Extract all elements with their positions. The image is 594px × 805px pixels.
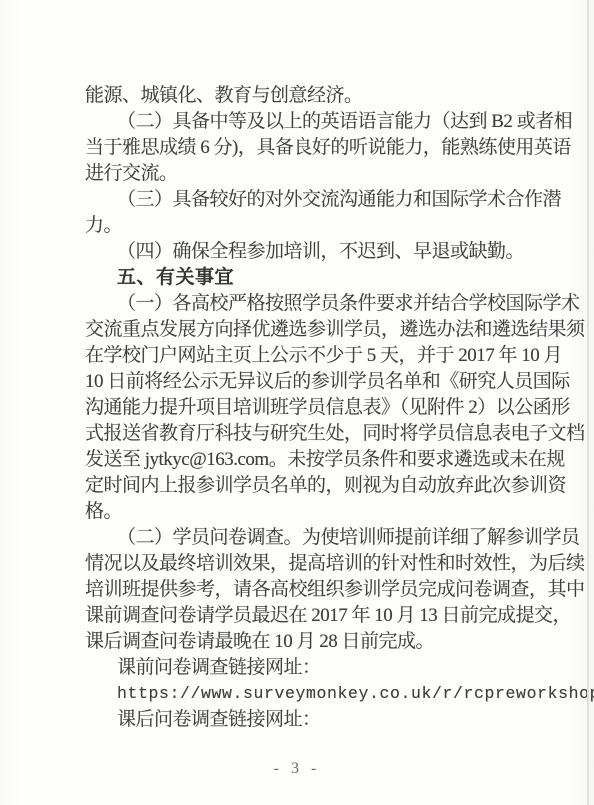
text-line: 格。 <box>85 499 573 525</box>
text-line: 10 日前将经公示无异议后的参训学员名单和《研究人员国际 <box>85 369 573 395</box>
text-line: （二）具备中等及以上的英语语言能力（达到 B2 或者相 <box>85 109 573 135</box>
text-line: （四）确保全程参加培训，不迟到、早退或缺勤。 <box>85 239 573 265</box>
scan-page-edge <box>587 0 589 805</box>
text-line: 式报送省教育厅科技与研究生处，同时将学员信息表电子文档 <box>85 421 573 447</box>
text-line: （二）学员问卷调查。为使培训师提前详细了解参训学员 <box>85 525 573 551</box>
text-line: 情况以及最终培训效果，提高培训的针对性和时效性，为后续 <box>85 551 573 577</box>
text-line: 交流重点发展方向择优遴选参训学员，遴选办法和遴选结果须 <box>85 317 573 343</box>
page-number: - 3 - <box>0 760 594 778</box>
text-line: 课后调查问卷请最晚在 10 月 28 日前完成。 <box>85 629 573 655</box>
text-line: 沟通能力提升项目培训班学员信息表》（见附件 2）以公函形 <box>85 395 573 421</box>
text-line: 能源、城镇化、教育与创意经济。 <box>85 83 573 109</box>
text-line: （一）各高校严格按照学员条件要求并结合学校国际学术 <box>85 291 573 317</box>
text-line: 进行交流。 <box>85 161 573 187</box>
text-line: 发送至 jytkyc@163.com。未按学员条件和要求遴选或未在规 <box>85 447 573 473</box>
text-line: 当于雅思成绩 6 分)，具备良好的听说能力，能熟练使用英语 <box>85 135 573 161</box>
survey-url: https://www.surveymonkey.co.uk/r/rcprewo… <box>85 681 573 707</box>
section-heading: 五、有关事宜 <box>85 265 573 291</box>
text-line: 课前问卷调查链接网址： <box>85 655 573 681</box>
scanned-document-page: 能源、城镇化、教育与创意经济。（二）具备中等及以上的英语语言能力（达到 B2 或… <box>0 0 594 805</box>
text-line: 力。 <box>85 213 573 239</box>
text-line: 在学校门户网站主页上公示不少于 5 天，并于 2017 年 10 月 <box>85 343 573 369</box>
text-line: 定时间内上报参训学员名单的，则视为自动放弃此次参训资 <box>85 473 573 499</box>
document-body: 能源、城镇化、教育与创意经济。（二）具备中等及以上的英语语言能力（达到 B2 或… <box>85 83 573 733</box>
text-line: 课前调查问卷请学员最迟在 2017 年 10 月 13 日前完成提交， <box>85 603 573 629</box>
text-line: 培训班提供参考，请各高校组织参训学员完成问卷调查，其中 <box>85 577 573 603</box>
text-line: （三）具备较好的对外交流沟通能力和国际学术合作潜 <box>85 187 573 213</box>
text-line: 课后问卷调查链接网址： <box>85 707 573 733</box>
